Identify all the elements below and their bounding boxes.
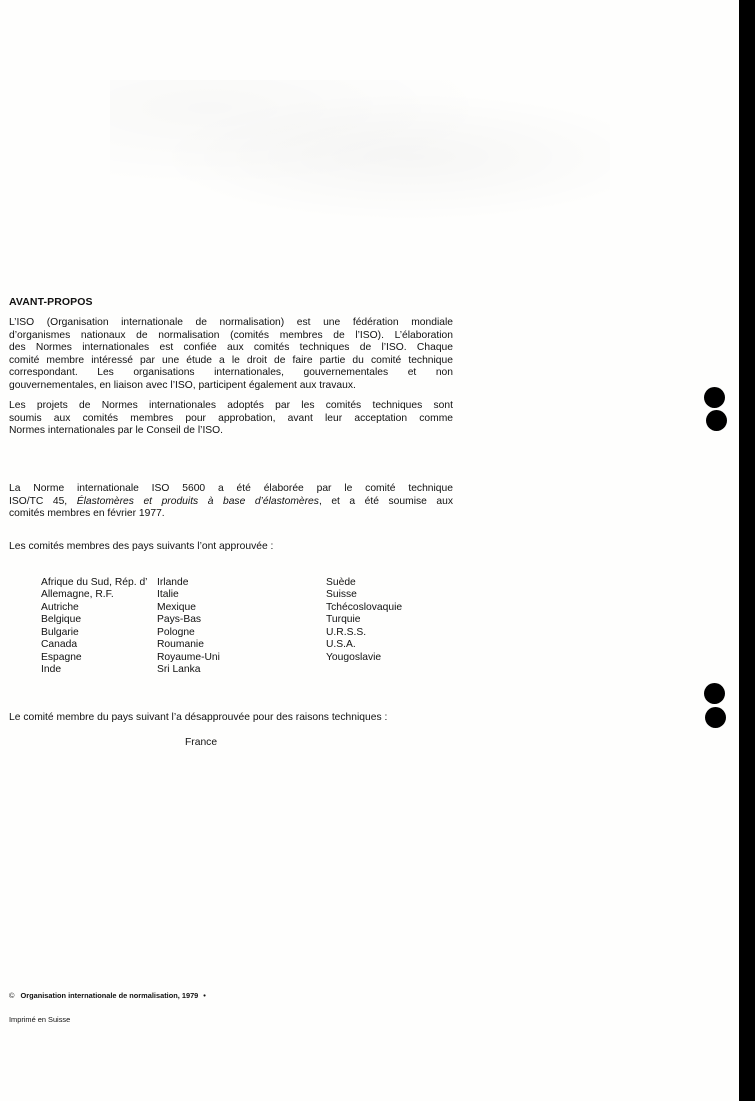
committee-title: Élastomères et produits à base d’élastom… xyxy=(77,496,319,507)
country-item: Turquie xyxy=(326,614,402,626)
country-item: Inde xyxy=(41,664,147,676)
punch-hole-icon xyxy=(704,387,725,408)
country-item: Bulgarie xyxy=(41,627,147,639)
text-line: Normes internationales par le Conseil de… xyxy=(9,425,453,438)
paragraph-iso-intro: L’ISO (Organisation internationale de no… xyxy=(9,317,453,392)
bullet-icon: • xyxy=(203,991,206,1000)
copyright-line: ©Organisation internationale de normalis… xyxy=(9,991,206,1000)
country-item: Mexique xyxy=(157,602,220,614)
punch-hole-icon xyxy=(704,683,725,704)
text-line: ISO/TC 45, Élastomères et produits à bas… xyxy=(9,496,453,509)
country-item: Roumanie xyxy=(157,639,220,651)
paragraph-iso-5600: La Norme internationale ISO 5600 a été é… xyxy=(9,483,453,521)
text-line: d’organismes nationaux de normalisation … xyxy=(9,330,453,343)
paragraph-draft-standards: Les projets de Normes internationales ad… xyxy=(9,400,453,438)
country-item: Yougoslavie xyxy=(326,652,402,664)
document-page: AVANT-PROPOS L’ISO (Organisation interna… xyxy=(0,0,740,1101)
country-column-3: Suède Suisse Tchécoslovaquie Turquie U.R… xyxy=(326,577,402,664)
country-item: Suisse xyxy=(326,589,402,601)
printed-in: Imprimé en Suisse xyxy=(9,1015,70,1024)
text-line: comités membres en février 1977. xyxy=(9,508,453,521)
country-item: Espagne xyxy=(41,652,147,664)
country-item: Afrique du Sud, Rép. d’ xyxy=(41,577,147,589)
copyright-icon: © xyxy=(9,991,14,1000)
country-item: Irlande xyxy=(157,577,220,589)
country-item: Belgique xyxy=(41,614,147,626)
country-item: Sri Lanka xyxy=(157,664,220,676)
country-item: Allemagne, R.F. xyxy=(41,589,147,601)
text-line: soumis aux comités membres pour approbat… xyxy=(9,413,453,426)
country-item: U.S.A. xyxy=(326,639,402,651)
country-item: Pays-Bas xyxy=(157,614,220,626)
country-column-1: Afrique du Sud, Rép. d’ Allemagne, R.F. … xyxy=(41,577,147,677)
country-item: Canada xyxy=(41,639,147,651)
country-item: Italie xyxy=(157,589,220,601)
punch-hole-icon xyxy=(705,707,726,728)
scan-edge-border xyxy=(739,0,755,1101)
disapproval-statement: Le comité membre du pays suivant l’a dés… xyxy=(9,712,387,725)
text-line: L’ISO (Organisation internationale de no… xyxy=(9,317,453,330)
copyright-text: Organisation internationale de normalisa… xyxy=(20,991,198,1000)
text-line: Les projets de Normes internationales ad… xyxy=(9,400,453,413)
bleed-through-artifact xyxy=(110,80,610,220)
country-item: Autriche xyxy=(41,602,147,614)
text-line: correspondant. Les organisations interna… xyxy=(9,367,453,380)
disapproving-country: France xyxy=(185,737,217,750)
text-fragment: , et a été soumise aux xyxy=(319,496,453,507)
committee-ref: ISO/TC 45, xyxy=(9,496,77,507)
country-item: Royaume-Uni xyxy=(157,652,220,664)
approval-statement: Les comités membres des pays suivants l’… xyxy=(9,541,273,554)
country-item: Pologne xyxy=(157,627,220,639)
country-item: Tchécoslovaquie xyxy=(326,602,402,614)
text-line: gouvernementales, en liaison avec l’ISO,… xyxy=(9,380,453,393)
country-item: U.R.S.S. xyxy=(326,627,402,639)
text-line: La Norme internationale ISO 5600 a été é… xyxy=(9,483,453,496)
country-item: Suède xyxy=(326,577,402,589)
text-line: comité membre intéressé par une étude a … xyxy=(9,355,453,368)
punch-hole-icon xyxy=(706,410,727,431)
foreword-heading: AVANT-PROPOS xyxy=(9,296,93,308)
text-line: des Normes internationales est confiée a… xyxy=(9,342,453,355)
country-column-2: Irlande Italie Mexique Pays-Bas Pologne … xyxy=(157,577,220,677)
